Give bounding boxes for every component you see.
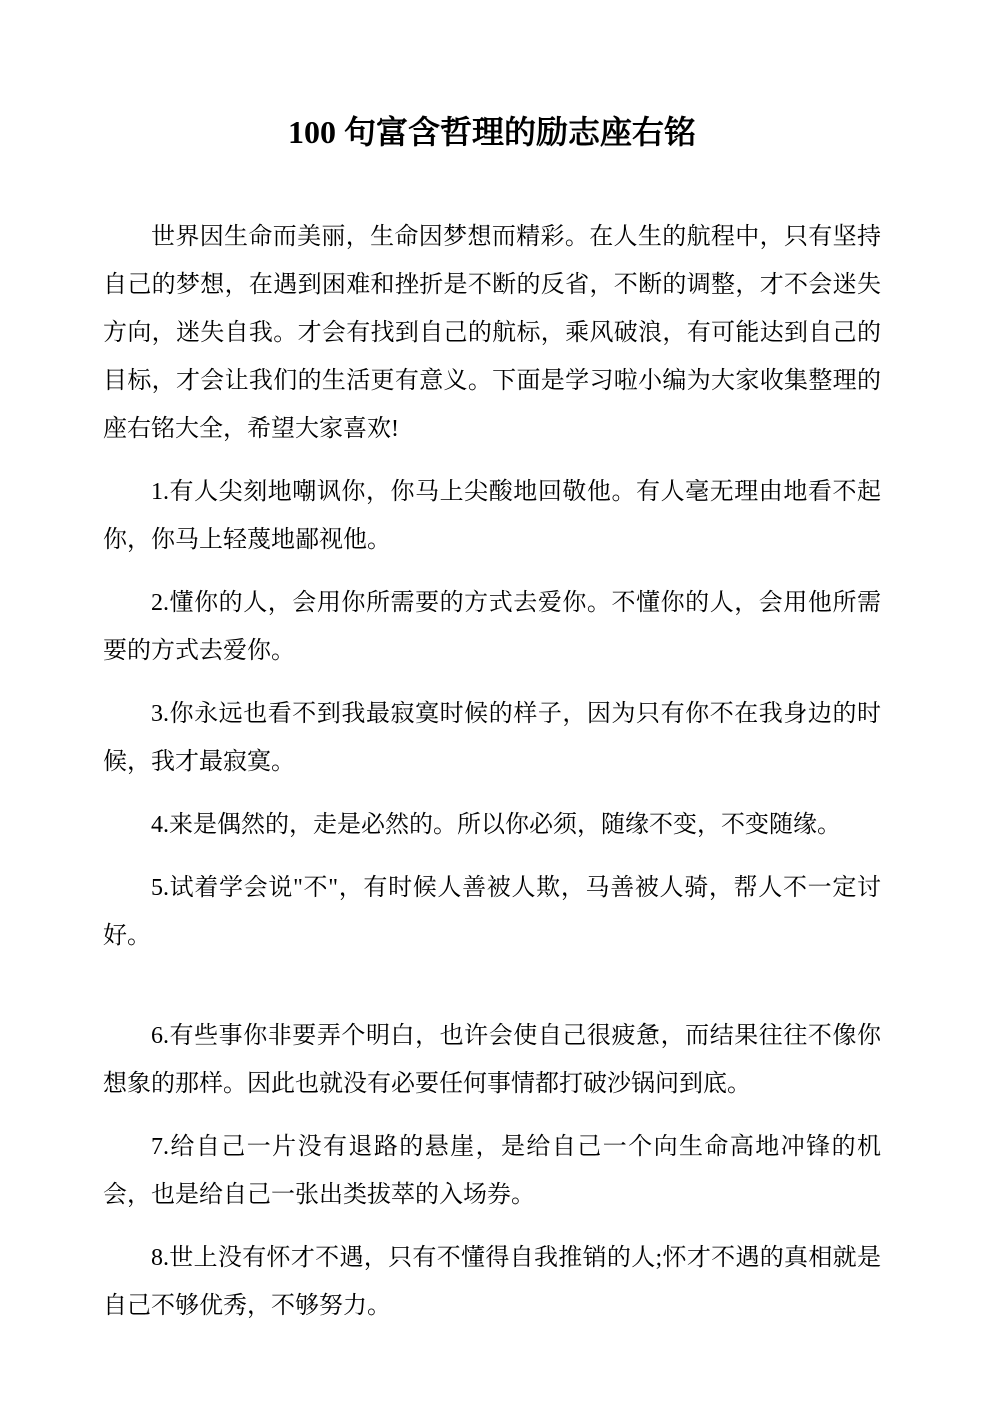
intro-paragraph: 世界因生命而美丽，生命因梦想而精彩。在人生的航程中，只有坚持自己的梦想，在遇到困… [103,213,881,453]
document-title: 100 句富含哲理的励志座右铭 [103,108,881,156]
motto-item-7: 7.给自己一片没有退路的悬崖，是给自己一个向生命高地冲锋的机会，也是给自己一张出… [103,1123,881,1219]
motto-item-8: 8.世上没有怀才不遇，只有不懂得自我推销的人;怀才不遇的真相就是自己不够优秀，不… [103,1234,881,1330]
motto-item-1: 1.有人尖刻地嘲讽你，你马上尖酸地回敬他。有人毫无理由地看不起你，你马上轻蔑地鄙… [103,468,881,564]
document-page: 100 句富含哲理的励志座右铭 世界因生命而美丽，生命因梦想而精彩。在人生的航程… [0,0,993,1404]
motto-item-2: 2.懂你的人，会用你所需要的方式去爱你。不懂你的人，会用他所需要的方式去爱你。 [103,579,881,675]
motto-item-3: 3.你永远也看不到我最寂寞时候的样子，因为只有你不在我身边的时候，我才最寂寞。 [103,690,881,786]
motto-item-4: 4.来是偶然的，走是必然的。所以你必须，随缘不变，不变随缘。 [103,801,881,849]
motto-item-5: 5.试着学会说"不"，有时候人善被人欺，马善被人骑，帮人不一定讨好。 [103,864,881,960]
motto-item-6: 6.有些事你非要弄个明白，也许会使自己很疲惫，而结果往往不像你想象的那样。因此也… [103,1012,881,1108]
